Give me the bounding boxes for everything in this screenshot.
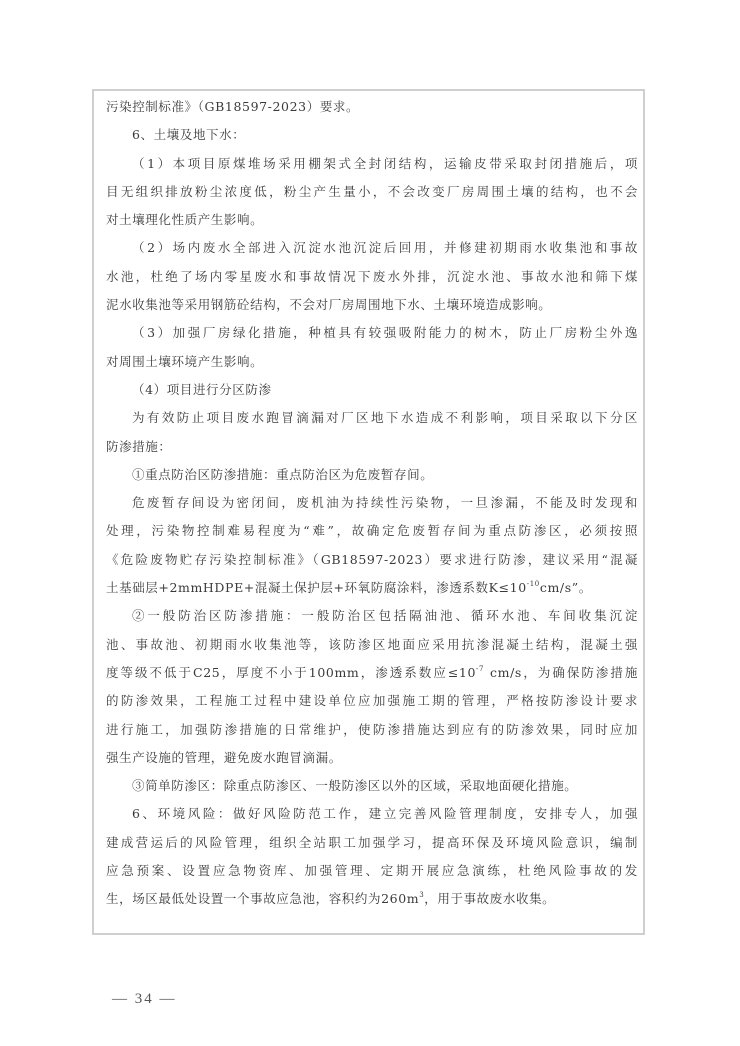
- line-text: 泥水收集池等采用钢筋砼结构，不会对厂房周围地下水、土壤环境造成影响。: [106, 297, 551, 312]
- text-line: 度等级不低于C25，厚度不小于100mm，渗透系数应≤10-7 cm/s，为确保…: [106, 659, 638, 687]
- text-line: 泥水收集池等采用钢筋砼结构，不会对厂房周围地下水、土壤环境造成影响。: [106, 291, 638, 319]
- text-line: 应急预案、设置应急物资库、加强管理、定期开展应急演练，杜绝风险事故的发: [106, 857, 638, 885]
- line-text: 度等级不低于C25，厚度不小于100mm，渗透系数应≤10: [106, 665, 476, 680]
- text-line: 进行施工，加强防渗措施的日常维护，使防渗措施达到应有的防渗效果，同时应加: [106, 716, 638, 744]
- line-text: 6、土壤及地下水：: [132, 127, 245, 142]
- text-line: 为有效防止项目废水跑冒滴漏对厂区地下水造成不利影响，项目采取以下分区: [106, 404, 638, 432]
- line-text: 《危险废物贮存污染控制标准》（GB18597-2023）要求进行防渗，建议采用“…: [106, 552, 638, 567]
- line-text: 为有效防止项目废水跑冒滴漏对厂区地下水造成不利影响，项目采取以下分区: [132, 410, 638, 425]
- line-text: 污染控制标准》（GB18597-2023）要求。: [106, 99, 359, 114]
- superscript: 3: [419, 891, 424, 899]
- text-line: ①重点防治区防渗措施：重点防治区为危废暂存间。: [106, 461, 638, 489]
- text-line: 强生产设施的管理，避免废水跑冒滴漏。: [106, 744, 638, 772]
- superscript: -7: [476, 665, 484, 673]
- text-line: 危废暂存间设为密闭间，废机油为持续性污染物，一旦渗漏，不能及时发现和: [106, 489, 638, 517]
- text-line: 对土壤理化性质产生影响。: [106, 206, 638, 234]
- text-line: ③简单防渗区：除重点防渗区、一般防渗区以外的区域，采取地面硬化措施。: [106, 772, 638, 800]
- text-line: （4）项目进行分区防渗: [106, 376, 638, 404]
- text-line: 池、事故池、初期雨水收集池等，该防渗区地面应采用抗渗混凝土结构，混凝土强: [106, 631, 638, 659]
- section-heading-soil-groundwater: 6、土壤及地下水：: [106, 121, 638, 149]
- text-line: 建成营运后的风险管理，组织全站职工加强学习，提高环保及环境风险意识，编制: [106, 829, 638, 857]
- line-text: ③简单防渗区：除重点防渗区、一般防渗区以外的区域，采取地面硬化措施。: [132, 778, 577, 793]
- line-text: 防渗措施：: [106, 439, 172, 454]
- text-line: 目无组织排放粉尘浓度低，粉尘产生量小，不会改变厂房周围土壤的结构，也不会: [106, 178, 638, 206]
- line-text: 池、事故池、初期雨水收集池等，该防渗区地面应采用抗渗混凝土结构，混凝土强: [106, 637, 638, 652]
- line-text: （3）加强厂房绿化措施，种植具有较强吸附能力的树木，防止厂房粉尘外逸: [132, 325, 638, 340]
- line-text: ①重点防治区防渗措施：重点防治区为危废暂存间。: [132, 467, 433, 482]
- text-line: 的防渗效果，工程施工过程中建设单位应加强施工期的管理，严格按防渗设计要求: [106, 687, 638, 715]
- line-text: 生，场区最低处设置一个事故应急池，容积约为260m: [106, 891, 419, 906]
- document-body: 污染控制标准》（GB18597-2023）要求。 6、土壤及地下水： （1）本项…: [106, 93, 638, 914]
- page-number: — 34 —: [112, 991, 177, 1008]
- line-text: 应急预案、设置应急物资库、加强管理、定期开展应急演练，杜绝风险事故的发: [106, 863, 638, 878]
- line-text: （1）本项目原煤堆场采用棚架式全封闭结构，运输皮带采取封闭措施后，项: [132, 156, 638, 171]
- superscript: -10: [527, 580, 540, 588]
- line-text: 进行施工，加强防渗措施的日常维护，使防渗措施达到应有的防渗效果，同时应加: [106, 722, 638, 737]
- line-text-after: cm/s”。: [540, 580, 592, 595]
- text-line: （2）场内废水全部进入沉淀水池沉淀后回用，并修建初期雨水收集池和事故: [106, 234, 638, 262]
- section-heading-environmental-risk: 6、环境风险：做好风险防范工作，建立完善风险管理制度，安排专人，加强: [106, 800, 638, 828]
- line-text: 危废暂存间设为密闭间，废机油为持续性污染物，一旦渗漏，不能及时发现和: [132, 495, 638, 510]
- text-line: 水池，杜绝了场内零星废水和事故情况下废水外排，沉淀水池、事故水池和筛下煤: [106, 263, 638, 291]
- line-text: 6、环境风险：做好风险防范工作，建立完善风险管理制度，安排专人，加强: [132, 806, 638, 821]
- text-line: 对周围土壤环境产生影响。: [106, 348, 638, 376]
- line-text: 强生产设施的管理，避免废水跑冒滴漏。: [106, 750, 342, 765]
- text-line: 《危险废物贮存污染控制标准》（GB18597-2023）要求进行防渗，建议采用“…: [106, 546, 638, 574]
- text-line: 生，场区最低处设置一个事故应急池，容积约为260m3，用于事故废水收集。: [106, 885, 638, 913]
- line-text: 建成营运后的风险管理，组织全站职工加强学习，提高环保及环境风险意识，编制: [106, 835, 638, 850]
- line-text-after: ，用于事故废水收集。: [424, 891, 555, 906]
- text-line: ②一般防治区防渗措施：一般防治区包括隔油池、循环水池、车间收集沉淀: [106, 602, 638, 630]
- line-text-after: cm/s，为确保防渗措施: [484, 665, 638, 680]
- line-text: 水池，杜绝了场内零星废水和事故情况下废水外排，沉淀水池、事故水池和筛下煤: [106, 269, 638, 284]
- line-text: 目无组织排放粉尘浓度低，粉尘产生量小，不会改变厂房周围土壤的结构，也不会: [106, 184, 638, 199]
- line-text: ②一般防治区防渗措施：一般防治区包括隔油池、循环水池、车间收集沉淀: [132, 608, 638, 623]
- line-text: （2）场内废水全部进入沉淀水池沉淀后回用，并修建初期雨水收集池和事故: [132, 240, 638, 255]
- line-text: 处理，污染物控制难易程度为“难”，故确定危废暂存间为重点防渗区，必须按照: [106, 523, 638, 538]
- text-line: 处理，污染物控制难易程度为“难”，故确定危废暂存间为重点防渗区，必须按照: [106, 517, 638, 545]
- line-text: （4）项目进行分区防渗: [132, 382, 272, 397]
- text-line: 防渗措施：: [106, 433, 638, 461]
- text-line: （1）本项目原煤堆场采用棚架式全封闭结构，运输皮带采取封闭措施后，项: [106, 150, 638, 178]
- line-text: 对土壤理化性质产生影响。: [106, 212, 263, 227]
- line-text: 对周围土壤环境产生影响。: [106, 354, 263, 369]
- line-text: 土基础层+2mmHDPE+混凝土保护层+环氧防腐涂料，渗透系数K≤10: [106, 580, 527, 595]
- text-line: （3）加强厂房绿化措施，种植具有较强吸附能力的树木，防止厂房粉尘外逸: [106, 319, 638, 347]
- text-line: 污染控制标准》（GB18597-2023）要求。: [106, 93, 638, 121]
- line-text: 的防渗效果，工程施工过程中建设单位应加强施工期的管理，严格按防渗设计要求: [106, 693, 638, 708]
- text-line: 土基础层+2mmHDPE+混凝土保护层+环氧防腐涂料，渗透系数K≤10-10cm…: [106, 574, 638, 602]
